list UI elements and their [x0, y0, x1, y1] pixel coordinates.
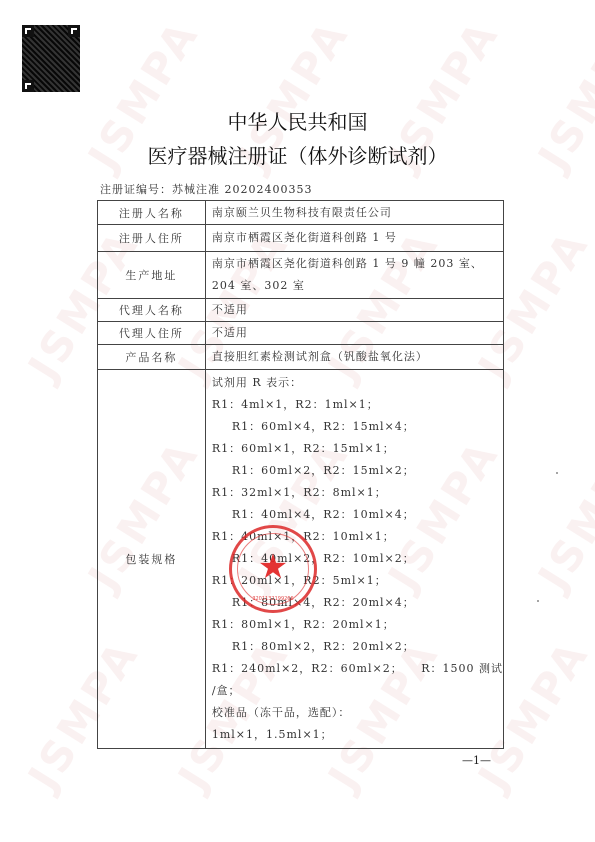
watermark: JSMPA: [529, 431, 595, 599]
row-label: 产品名称: [98, 345, 206, 370]
spec-line: R1：60ml×2，R2：15ml×2；: [212, 460, 503, 482]
spec-line: R1：80ml×1，R2：20ml×1；: [212, 614, 503, 636]
spec-line: R1：40ml×4，R2：10ml×4；: [212, 504, 503, 526]
certificate-table: 注册人名称 南京颐兰贝生物科技有限责任公司 注册人住所 南京市栖霞区尧化街道科创…: [97, 200, 504, 749]
production-address: 南京市栖霞区尧化街道科创路 1 号 9 幢 203 室、 204 室、302 室: [205, 252, 503, 299]
row-label: 生产地址: [98, 252, 206, 299]
spec-line: 试剂用 R 表示：: [212, 372, 503, 394]
star-icon: ★: [232, 550, 314, 584]
qr-code[interactable]: [22, 25, 80, 92]
spec-line: 1ml×1，1.5ml×1；: [212, 724, 503, 746]
agent-address: 不适用: [205, 322, 503, 345]
spec-line: R1：4ml×1，R2：1ml×1；: [212, 394, 503, 416]
registrant-address: 南京市栖霞区尧化街道科创路 1 号: [205, 225, 503, 252]
table-row: 产品名称 直接胆红素检测试剂盒（钒酸盐氧化法）: [98, 345, 504, 370]
product-name: 直接胆红素检测试剂盒（钒酸盐氧化法）: [205, 345, 503, 370]
row-label: 代理人名称: [98, 299, 206, 322]
agent-name: 不适用: [205, 299, 503, 322]
qr-finder-pattern: [22, 80, 34, 92]
table-row: 注册人住所 南京市栖霞区尧化街道科创路 1 号: [98, 225, 504, 252]
seal-code: 3201132199266: [232, 596, 314, 602]
registration-number-label: 注册证编号：: [100, 183, 172, 196]
spec-line: R1：240ml×2，R2：60ml×2； R：1500 测试: [212, 658, 503, 680]
spec-line: R1：80ml×2，R2：20ml×2；: [212, 636, 503, 658]
scan-artifact: [537, 600, 539, 602]
qr-finder-pattern: [68, 25, 80, 37]
registration-number-value: 苏械注准 20202400353: [172, 183, 312, 196]
spec-line: R1：60ml×4，R2：15ml×4；: [212, 416, 503, 438]
spec-line: /盒；: [212, 680, 503, 702]
row-label: 注册人名称: [98, 201, 206, 225]
spec-line: R1：60ml×1，R2：15ml×1；: [212, 438, 503, 460]
document-title: 医疗器械注册证（体外诊断试剂）: [0, 140, 595, 169]
registrant-name: 南京颐兰贝生物科技有限责任公司: [205, 201, 503, 225]
registration-number: 注册证编号：苏械注准 20202400353: [100, 181, 312, 197]
row-label: 注册人住所: [98, 225, 206, 252]
table-row: 生产地址 南京市栖霞区尧化街道科创路 1 号 9 幢 203 室、 204 室、…: [98, 252, 504, 299]
qr-finder-pattern: [22, 25, 34, 37]
scan-artifact: [556, 472, 558, 474]
production-address-line: 204 室、302 室: [212, 275, 503, 297]
spec-line: R1：32ml×1，R2：8ml×1；: [212, 482, 503, 504]
row-label: 包装规格: [98, 370, 206, 749]
table-row: 代理人住所 不适用: [98, 322, 504, 345]
table-row: 代理人名称 不适用: [98, 299, 504, 322]
row-label: 代理人住所: [98, 322, 206, 345]
production-address-line: 南京市栖霞区尧化街道科创路 1 号 9 幢 203 室、: [212, 253, 503, 275]
table-row: 注册人名称 南京颐兰贝生物科技有限责任公司: [98, 201, 504, 225]
spec-line: 校准品（冻干品，选配）：: [212, 702, 503, 724]
company-seal-stamp: ★ 3201132199266: [229, 525, 317, 613]
page-number: —1—: [462, 754, 491, 767]
document-title-country: 中华人民共和国: [0, 106, 595, 135]
